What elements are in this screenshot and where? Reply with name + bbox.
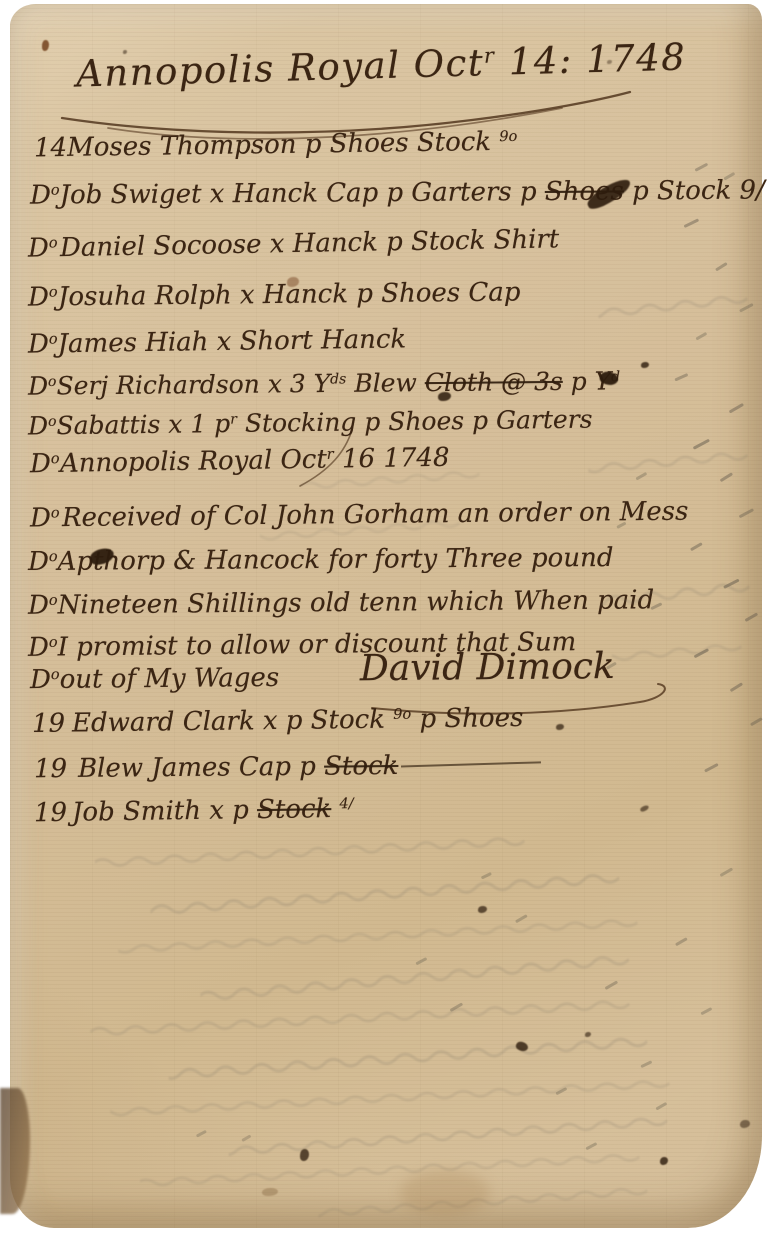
entry-text: Serj Richardson x 3 Yds Blew Cloth @ 3s … bbox=[56, 366, 620, 400]
text-segment: o bbox=[49, 592, 58, 609]
entry-margin-label: Do bbox=[30, 503, 62, 533]
entry-line: 19Edward Clark x p Stock 9o p Shoes bbox=[32, 703, 524, 739]
text-segment: Nineteen Shillings old tenn which When p… bbox=[58, 585, 655, 620]
text-segment: o bbox=[49, 234, 58, 251]
text-segment: Sabattis x 1 p bbox=[56, 409, 230, 440]
text-segment: D bbox=[30, 665, 51, 695]
text-segment: Stock bbox=[257, 794, 332, 825]
entry-text: Annopolis Royal Octr 16 1748 bbox=[60, 443, 450, 479]
text-segment: 9o bbox=[393, 706, 411, 723]
text-segment: D bbox=[30, 449, 51, 479]
entry-text: Apthorp & Hancock for forty Three pound bbox=[58, 543, 614, 577]
text-segment: o bbox=[51, 450, 60, 467]
text-segment: 9o bbox=[499, 128, 517, 145]
entry-margin-label: Do bbox=[28, 411, 57, 440]
entry-text: Nineteen Shillings old tenn which When p… bbox=[58, 585, 655, 620]
entry-line: 19Job Smith x p Stock 4/ bbox=[34, 794, 354, 828]
entry-margin-label: Do bbox=[28, 329, 58, 359]
entry-margin-label: Do bbox=[28, 371, 57, 400]
text-segment: Cloth @ 3s bbox=[425, 367, 563, 397]
text-segment: D bbox=[28, 329, 49, 359]
text-segment: p Y bbox=[563, 366, 612, 395]
entry-text: James Hiah x Short Hanck bbox=[57, 324, 406, 359]
text-segment: Josuha Rolph x Hanck p Shoes Cap bbox=[58, 277, 521, 312]
text-segment: D bbox=[28, 591, 49, 621]
text-segment: Job Swiget x Hanck Cap p Garters p bbox=[60, 177, 545, 210]
text-segment: 19 bbox=[34, 798, 68, 828]
text-segment: 19 bbox=[32, 709, 65, 739]
entry-margin-label: 19 bbox=[34, 754, 78, 784]
text-segment: 16 1748 bbox=[334, 443, 450, 475]
scanned-manuscript: Annopolis Royal Octr 14: 1748 14Moses Th… bbox=[0, 0, 767, 1244]
entry-text: Edward Clark x p Stock 9o p Shoes bbox=[72, 703, 524, 739]
entry-margin-label: Do bbox=[28, 233, 61, 264]
text-segment: D bbox=[30, 180, 51, 210]
text-segment: Apthorp & Hancock for forty Three pound bbox=[58, 543, 614, 577]
text-segment: 4/ bbox=[339, 795, 353, 812]
entry-margin-label: 14 bbox=[34, 133, 68, 163]
text-segment: 19 bbox=[34, 754, 67, 784]
entry-margin-label: Do bbox=[30, 180, 60, 210]
text-segment: p Shoes bbox=[411, 703, 523, 734]
entry-margin-label: Do bbox=[28, 590, 58, 620]
entry-text: Job Swiget x Hanck Cap p Garters p Shoes… bbox=[60, 175, 765, 210]
entry-text: Blew James Cap p Stock bbox=[78, 750, 542, 784]
entry-text: Job Smith x p Stock 4/ bbox=[72, 794, 354, 828]
text-segment: p Stock 9/ bbox=[624, 175, 765, 206]
text-segment: o bbox=[51, 182, 60, 199]
text-segment: D bbox=[28, 411, 48, 440]
entry-line: DoApthorp & Hancock for forty Three poun… bbox=[28, 543, 614, 577]
entry-margin-label: 19 bbox=[32, 709, 72, 739]
text-segment: o bbox=[49, 284, 58, 301]
entry-margin-label: 19 bbox=[34, 798, 72, 829]
text-segment: ds bbox=[330, 371, 346, 387]
text-segment: o bbox=[51, 666, 60, 683]
text-segment: D bbox=[30, 503, 51, 533]
text-segment: Blew bbox=[346, 368, 425, 398]
text-segment: Stocking p Shoes p Garters bbox=[237, 405, 593, 438]
text-segment: r bbox=[484, 43, 496, 67]
entry-text: Josuha Rolph x Hanck p Shoes Cap bbox=[58, 277, 521, 312]
entry-margin-label: Do bbox=[28, 282, 58, 312]
text-segment: Shoes bbox=[545, 176, 624, 207]
signature-david-dimock: David Dimock bbox=[360, 646, 615, 689]
text-segment: Annopolis Royal Oct bbox=[60, 445, 327, 479]
text-segment: James Hiah x Short Hanck bbox=[57, 324, 406, 359]
entry-line: DoNineteen Shillings old tenn which When… bbox=[28, 585, 654, 620]
text-segment: Job Smith x p bbox=[72, 795, 257, 828]
text-segment: D bbox=[28, 233, 49, 263]
text-segment: D bbox=[28, 633, 49, 663]
entry-line: DoSerj Richardson x 3 Yds Blew Cloth @ 3… bbox=[28, 366, 620, 400]
entry-line: DoJosuha Rolph x Hanck p Shoes Cap bbox=[28, 277, 521, 312]
text-segment: D bbox=[28, 547, 49, 577]
text-segment: Moses Thompson p Shoes Stock bbox=[67, 127, 500, 163]
text-segment: o bbox=[49, 330, 58, 347]
entry-margin-label: Do bbox=[30, 665, 60, 695]
text-segment: out of My Wages bbox=[59, 663, 279, 695]
text-segment: d bbox=[611, 369, 620, 385]
text-segment: D bbox=[28, 282, 49, 312]
entry-line: DoJob Swiget x Hanck Cap p Garters p Sho… bbox=[30, 175, 765, 210]
text-segment: 14: 1748 bbox=[495, 35, 687, 83]
entry-line: Doout of My WagesDavid Dimock bbox=[30, 663, 279, 695]
entry-line: DoJames Hiah x Short Hanck bbox=[28, 324, 407, 359]
entry-margin-label: Do bbox=[30, 449, 60, 479]
entry-text: Moses Thompson p Shoes Stock 9o bbox=[67, 127, 518, 163]
text-segment: Stock bbox=[324, 750, 541, 782]
text-segment: o bbox=[51, 504, 60, 521]
text-segment: Serj Richardson x 3 Y bbox=[56, 369, 330, 400]
text-segment: o bbox=[49, 548, 58, 565]
text-segment: o bbox=[49, 634, 58, 651]
text-segment: Blew James Cap p bbox=[78, 752, 324, 784]
text-segment: 14 bbox=[34, 133, 68, 163]
entry-margin-label: Do bbox=[28, 547, 58, 577]
text-segment: D bbox=[28, 371, 48, 400]
entry-text: out of My Wages bbox=[59, 663, 279, 695]
entry-margin-label: Do bbox=[28, 633, 58, 663]
text-segment: Edward Clark x p Stock bbox=[72, 705, 394, 739]
entry-line: 19Blew James Cap p Stock bbox=[34, 750, 542, 784]
